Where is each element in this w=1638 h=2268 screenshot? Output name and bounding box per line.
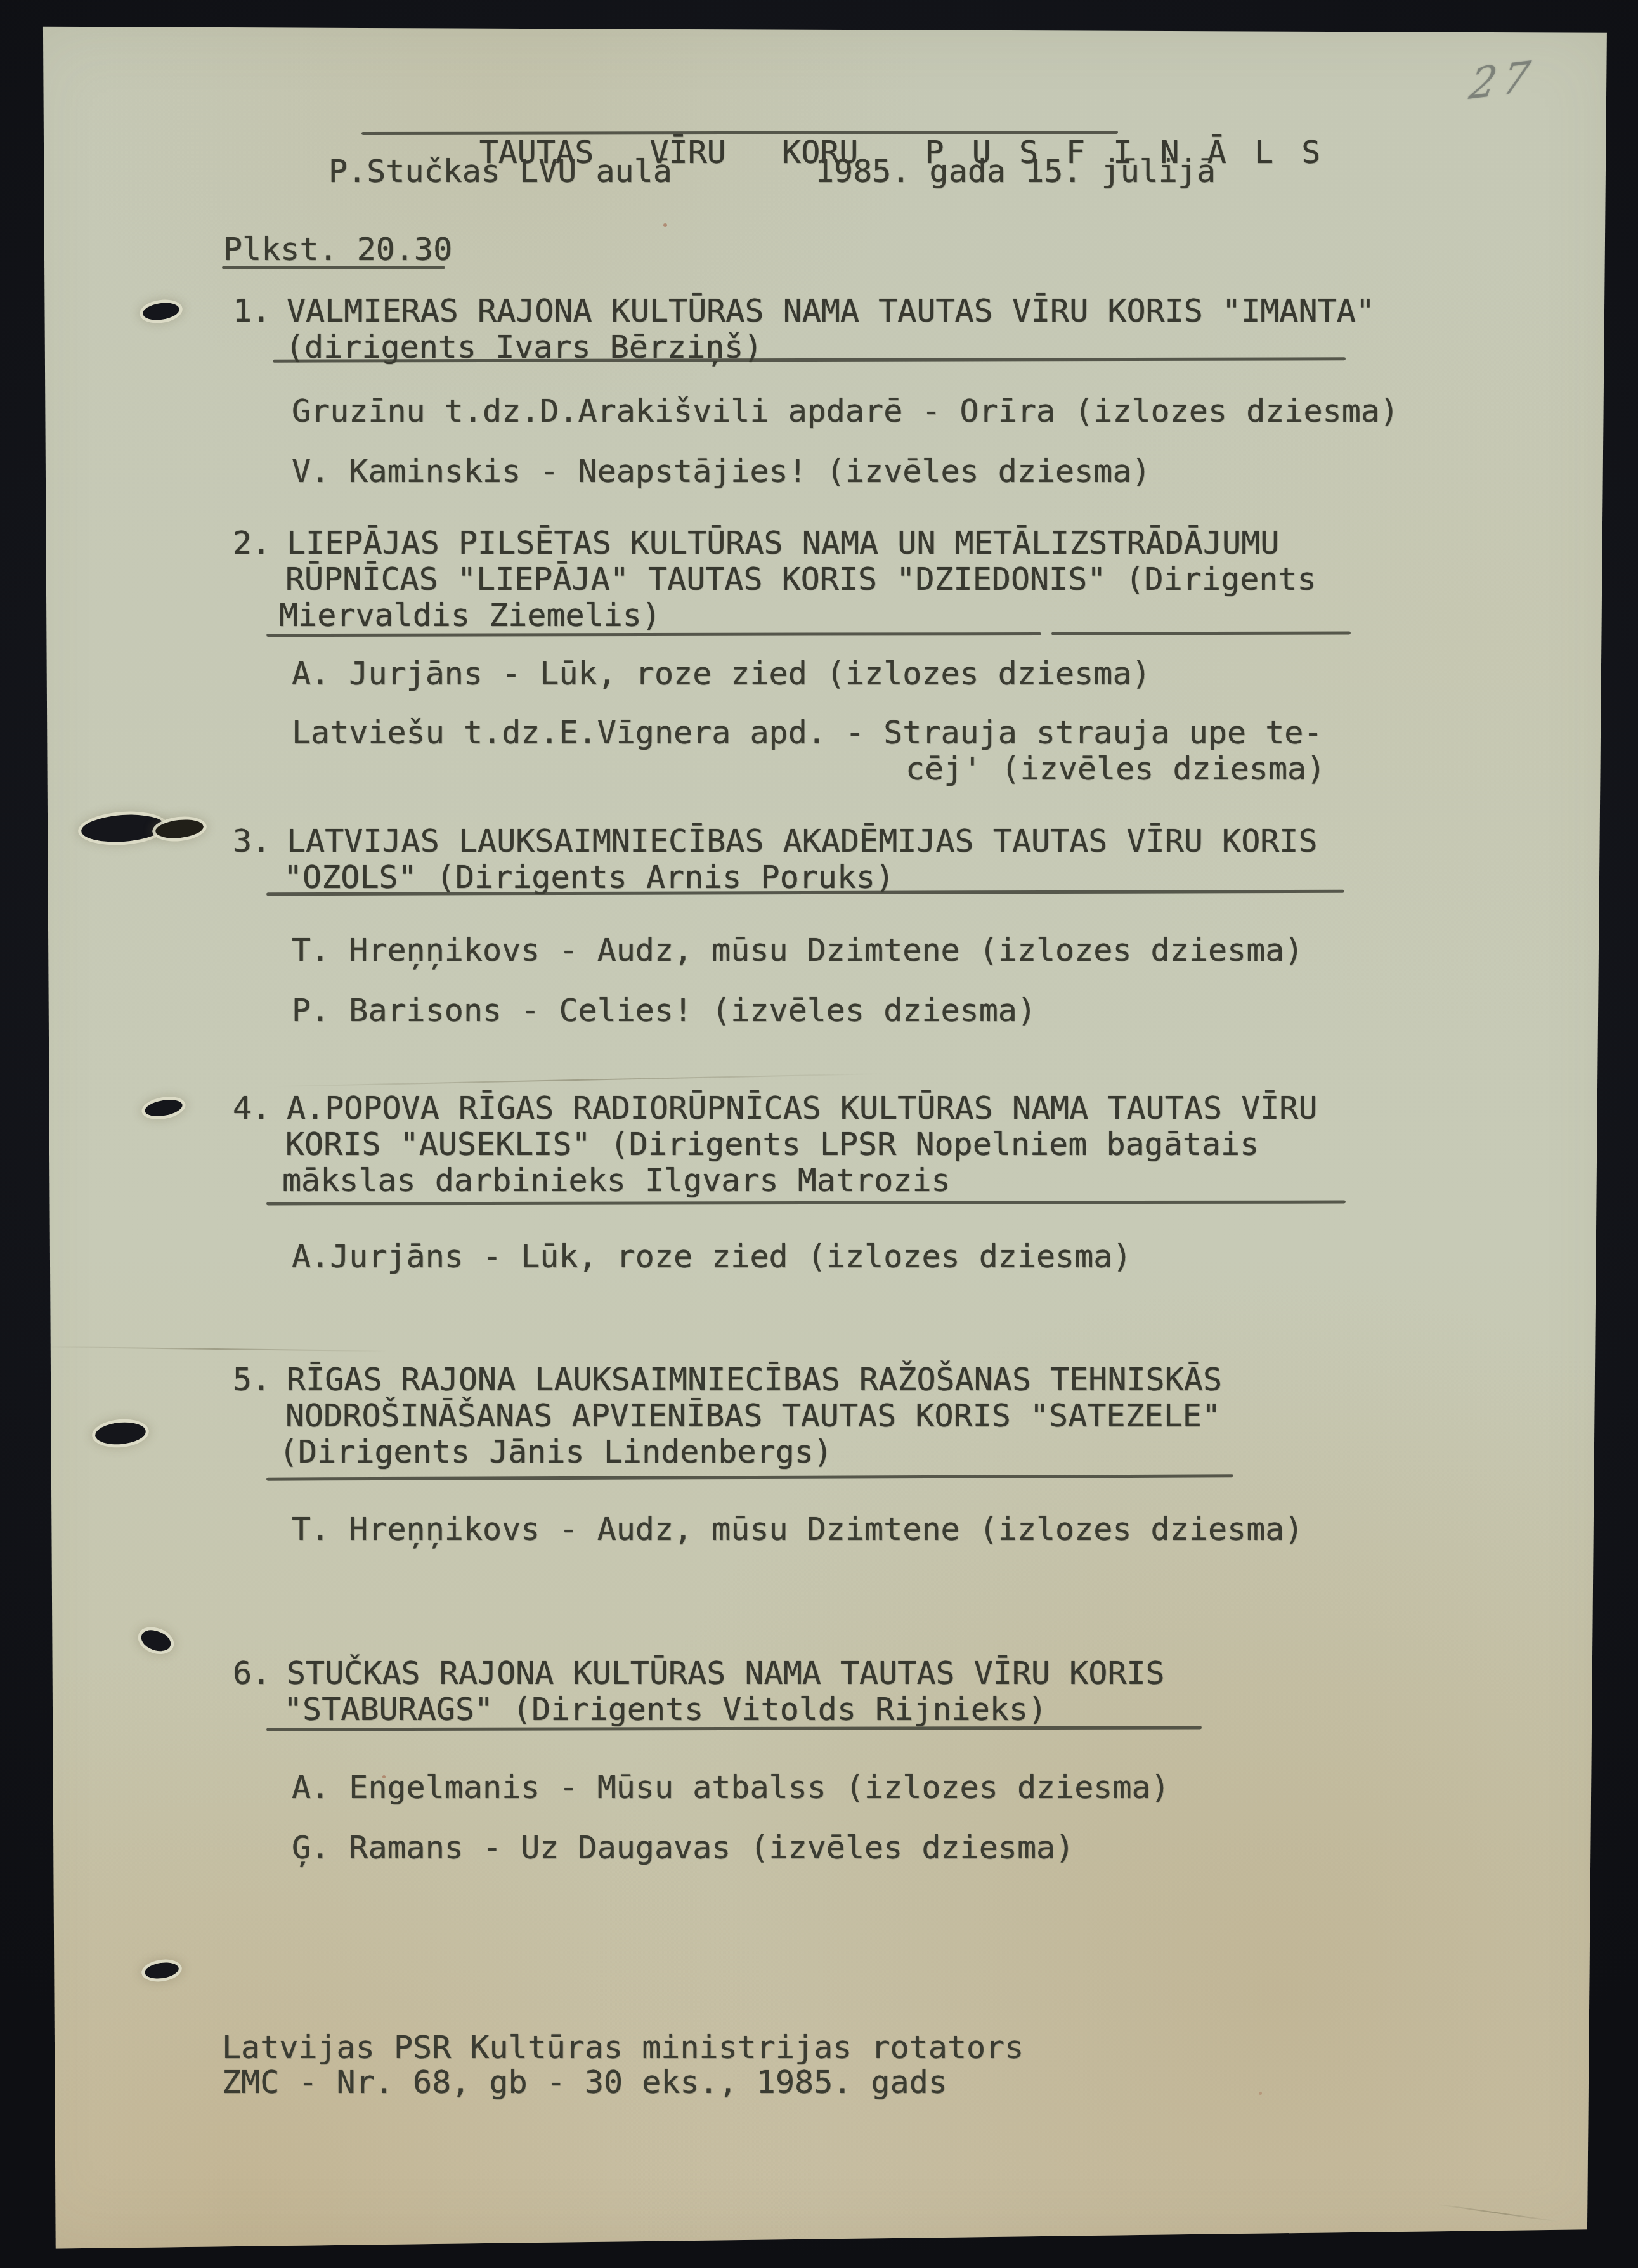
choir-heading-line: (Dirigents Jānis Lindenbergs): [279, 1434, 833, 1470]
typewriter-underline: [266, 1201, 1346, 1206]
song-line: V. Kaminskis - Neapstājies! (izvēles dzi…: [292, 453, 1151, 490]
document-page: TAUTAS VĪRU KORUP U S F I N Ā L S P.Stuč…: [0, 0, 1638, 2268]
typewriter-underline: [1051, 631, 1351, 635]
choir-heading-line: Miervaldis Ziemelis): [279, 597, 661, 634]
choir-heading-line: LATVIJAS LAUKSAIMNIECĪBAS AKADĒMIJAS TAU…: [287, 823, 1318, 859]
time-text: Plkst. 20.30: [223, 231, 452, 268]
punch-hole: [139, 1628, 173, 1654]
choir-item-number: 1.: [233, 293, 271, 329]
song-line: T. Hreņņikovs - Audz, mūsu Dzimtene (izl…: [292, 1511, 1303, 1548]
song-line: A.Jurjāns - Lūk, roze zied (izlozes dzie…: [292, 1239, 1132, 1275]
pencil-note: 27: [1466, 51, 1540, 110]
punch-hole: [141, 301, 180, 322]
song-line: A. Engelmanis - Mūsu atbalss (izlozes dz…: [292, 1769, 1170, 1806]
song-line: Gruzīnu t.dz.D.Arakišvili apdarē - Orīra…: [292, 393, 1399, 429]
choir-heading-line: LIEPĀJAS PILSĒTAS KULTŪRAS NAMA UN METĀL…: [287, 525, 1279, 561]
scan-backdrop: TAUTAS VĪRU KORUP U S F I N Ā L S P.Stuč…: [0, 0, 1638, 2268]
footer-line: Latvijas PSR Kultūras ministrijas rotato…: [222, 2030, 1024, 2066]
punch-hole: [144, 1960, 180, 1980]
song-line: A. Jurjāns - Lūk, roze zied (izlozes dzi…: [292, 656, 1151, 692]
choir-item-number: 4.: [233, 1090, 271, 1126]
song-line: Latviešu t.dz.E.Vīgnera apd. - Strauja s…: [292, 715, 1323, 751]
choir-item-number: 5.: [233, 1362, 271, 1398]
choir-heading-line: STUČKAS RAJONA KULTŪRAS NAMA TAUTAS VĪRU…: [287, 1655, 1165, 1691]
song-line: cēj' (izvēles dziesma): [906, 751, 1325, 787]
venue-text: P.Stučkas LVU aulā: [328, 153, 672, 190]
choir-heading-line: "OZOLS" (Dirigents Arnis Poruks): [283, 859, 894, 896]
song-line: Ģ. Ramans - Uz Daugavas (izvēles dziesma…: [292, 1830, 1074, 1866]
paper-speck: [1259, 2092, 1262, 2095]
choir-heading-line: "STABURAGS" (Dirigents Vitolds Rijnieks): [283, 1691, 1047, 1728]
choir-item-number: 6.: [233, 1655, 271, 1691]
choir-heading-line: NODROŠINĀŠANAS APVIENĪBAS TAUTAS KORIS "…: [285, 1398, 1221, 1434]
paper-speck: [663, 223, 667, 227]
choir-item-number: 3.: [233, 823, 271, 859]
song-line: P. Barisons - Celies! (izvēles dziesma): [292, 993, 1036, 1029]
punch-hole: [94, 1421, 147, 1447]
typewriter-underline: [266, 632, 1041, 637]
song-line: T. Hreņņikovs - Audz, mūsu Dzimtene (izl…: [292, 932, 1303, 968]
choir-heading-line: KORIS "AUSEKLIS" (Dirigents LPSR Nopelni…: [285, 1126, 1259, 1163]
choir-heading-line: VALMIERAS RAJONA KULTŪRAS NAMA TAUTAS VĪ…: [287, 293, 1375, 329]
choir-heading-line: A.POPOVA RĪGAS RADIORŪPNĪCAS KULTŪRAS NA…: [287, 1090, 1318, 1126]
footer-line: ZMC - Nr. 68, gb - 30 eks., 1985. gads: [222, 2064, 947, 2101]
punch-hole: [81, 812, 166, 844]
choir-heading-line: RŪPNĪCAS "LIEPĀJA" TAUTAS KORIS "DZIEDON…: [285, 561, 1316, 597]
typewriter-underline: [266, 1474, 1233, 1480]
paper-crease: [273, 1073, 881, 1087]
choir-heading-line: mākslas darbinieks Ilgvars Matrozis: [282, 1163, 951, 1199]
paper-crease: [1437, 2204, 1556, 2222]
choir-item-number: 2.: [233, 525, 271, 561]
choir-heading-line: RĪGAS RAJONA LAUKSAIMNIECĪBAS RAŽOŠANAS …: [287, 1362, 1222, 1398]
punch-hole: [143, 1097, 183, 1119]
paper-crease: [46, 1346, 388, 1352]
date-text: 1985. gada 15. jūlijā: [815, 153, 1216, 190]
typewriter-underline: [222, 266, 445, 269]
